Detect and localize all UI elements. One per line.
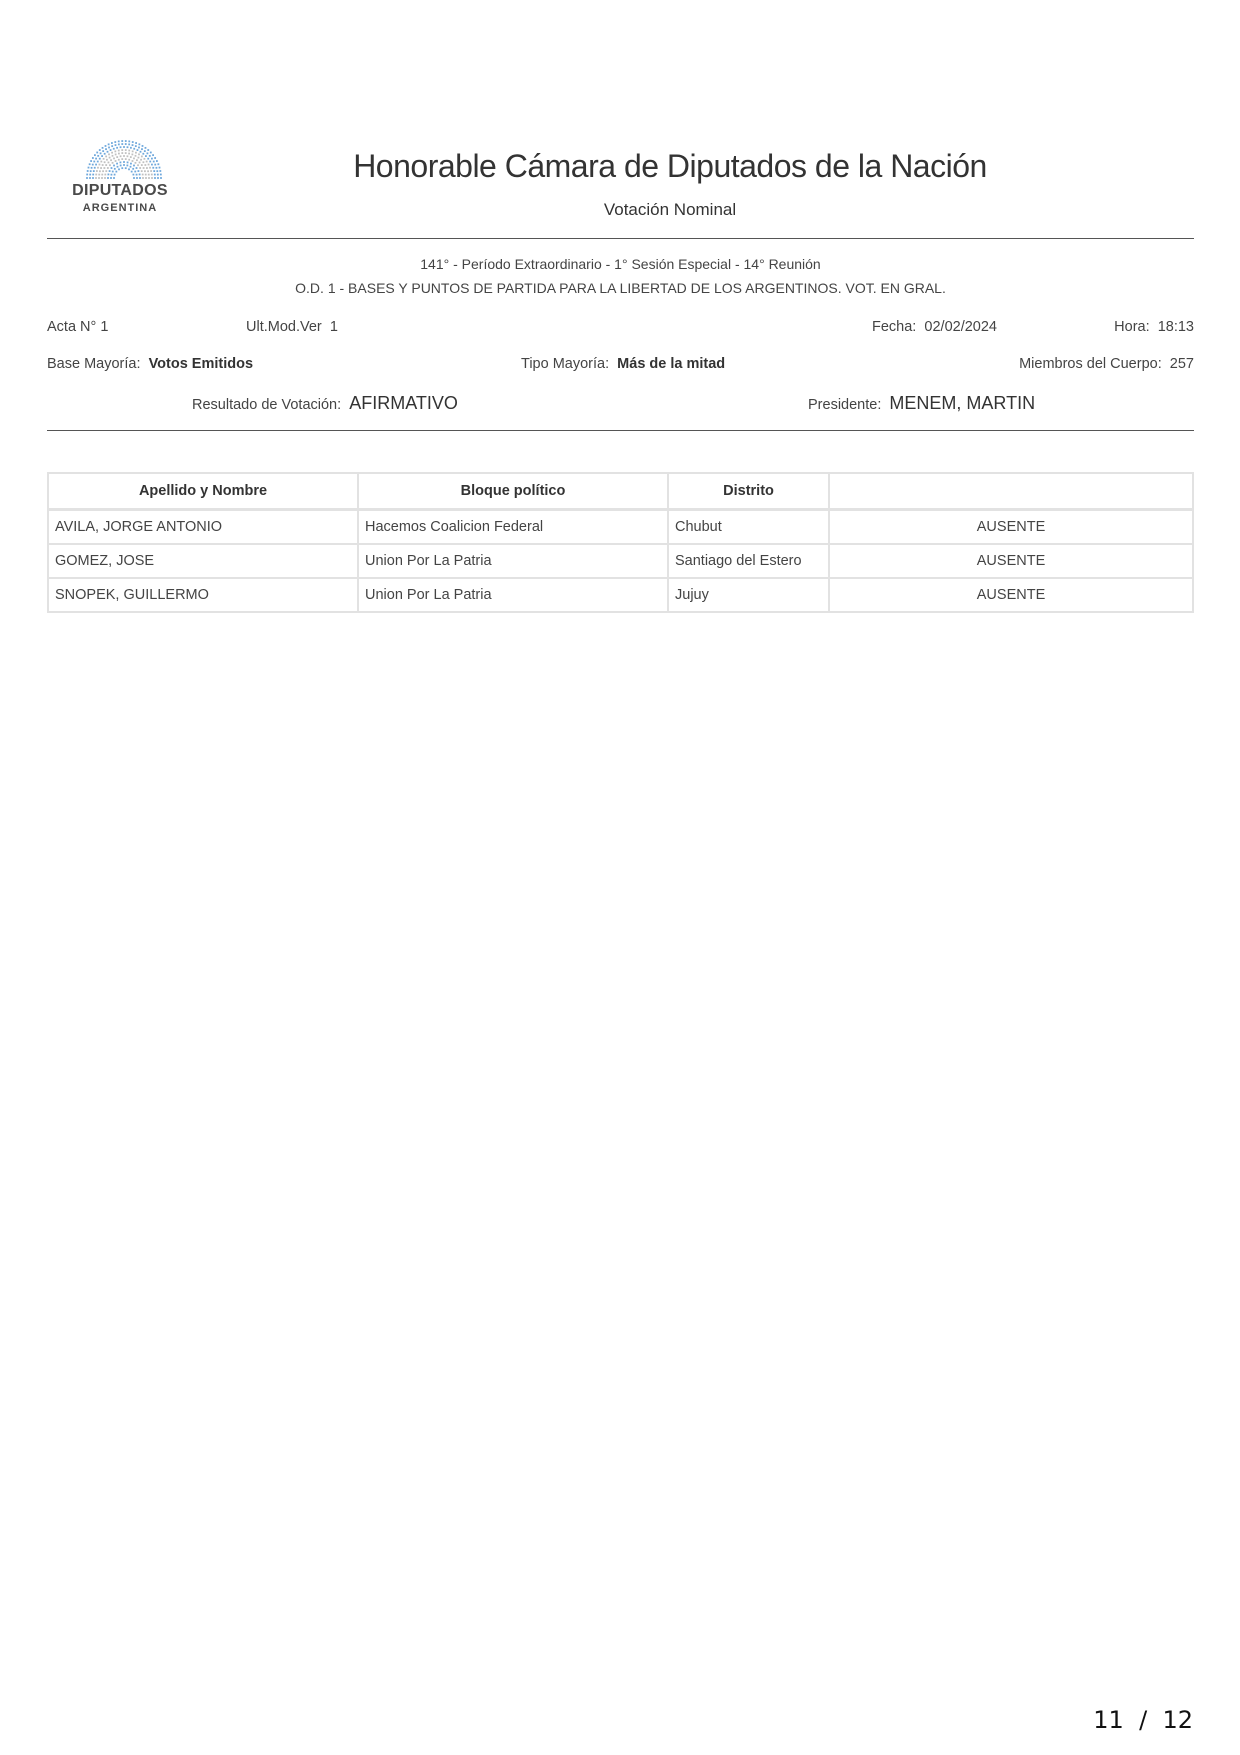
header-distrito: Distrito — [668, 473, 829, 510]
page-indicator: 11 / 12 — [1093, 1706, 1193, 1734]
cell-name: AVILA, JORGE ANTONIO — [48, 510, 358, 545]
divider-bottom — [47, 430, 1194, 431]
base-mayoria-value: Votos Emitidos — [149, 356, 253, 372]
acta-number: Acta N° 1 — [47, 319, 108, 335]
presidente-label: Presidente: — [808, 397, 881, 413]
session-info: 141° - Período Extraordinario - 1° Sesió… — [47, 256, 1194, 272]
page-total: 12 — [1162, 1706, 1193, 1734]
hora-label: Hora: — [1114, 319, 1149, 335]
page-separator: / — [1139, 1706, 1147, 1734]
resultado-value: AFIRMATIVO — [349, 393, 458, 413]
miembros-value: 257 — [1170, 356, 1194, 372]
table-row: AVILA, JORGE ANTONIO Hacemos Coalicion F… — [48, 510, 1193, 545]
ult-mod-value: 1 — [330, 319, 338, 335]
fecha: Fecha: 02/02/2024 — [872, 319, 997, 335]
page-title: Honorable Cámara de Diputados de la Naci… — [0, 148, 1240, 185]
fecha-label: Fecha: — [872, 319, 916, 335]
miembros-cuerpo: Miembros del Cuerpo: 257 — [1019, 356, 1194, 372]
divider-top — [47, 238, 1194, 239]
cell-bloque: Hacemos Coalicion Federal — [358, 510, 668, 545]
ult-mod-label: Ult.Mod.Ver — [246, 319, 322, 335]
resultado-label: Resultado de Votación: — [192, 397, 341, 413]
votes-table: Apellido y Nombre Bloque político Distri… — [47, 472, 1194, 613]
cell-distrito: Jujuy — [668, 578, 829, 612]
ult-mod-ver: Ult.Mod.Ver 1 — [246, 319, 338, 335]
cell-bloque: Union Por La Patria — [358, 578, 668, 612]
page-current: 11 — [1093, 1706, 1124, 1734]
cell-name: SNOPEK, GUILLERMO — [48, 578, 358, 612]
cell-vote: AUSENTE — [829, 578, 1193, 612]
hora: Hora: 18:13 — [1114, 319, 1194, 335]
resultado-votacion: Resultado de Votación: AFIRMATIVO — [192, 393, 458, 414]
cell-vote: AUSENTE — [829, 510, 1193, 545]
base-mayoria: Base Mayoría: Votos Emitidos — [47, 356, 253, 372]
cell-name: GOMEZ, JOSE — [48, 544, 358, 578]
tipo-mayoria: Tipo Mayoría: Más de la mitad — [521, 356, 725, 372]
table-row: GOMEZ, JOSE Union Por La Patria Santiago… — [48, 544, 1193, 578]
cell-distrito: Chubut — [668, 510, 829, 545]
agenda-item: O.D. 1 - BASES Y PUNTOS DE PARTIDA PARA … — [47, 280, 1194, 296]
miembros-label: Miembros del Cuerpo: — [1019, 356, 1162, 372]
presidente: Presidente: MENEM, MARTIN — [808, 393, 1035, 414]
header-apellido-nombre: Apellido y Nombre — [48, 473, 358, 510]
fecha-value: 02/02/2024 — [924, 319, 997, 335]
table-header-row: Apellido y Nombre Bloque político Distri… — [48, 473, 1193, 510]
base-mayoria-label: Base Mayoría: — [47, 356, 141, 372]
header-voto — [829, 473, 1193, 510]
page-subtitle: Votación Nominal — [0, 200, 1240, 220]
cell-vote: AUSENTE — [829, 544, 1193, 578]
cell-bloque: Union Por La Patria — [358, 544, 668, 578]
cell-distrito: Santiago del Estero — [668, 544, 829, 578]
table-row: SNOPEK, GUILLERMO Union Por La Patria Ju… — [48, 578, 1193, 612]
presidente-value: MENEM, MARTIN — [889, 393, 1035, 413]
hora-value: 18:13 — [1158, 319, 1194, 335]
header-bloque: Bloque político — [358, 473, 668, 510]
tipo-mayoria-value: Más de la mitad — [617, 356, 725, 372]
tipo-mayoria-label: Tipo Mayoría: — [521, 356, 609, 372]
